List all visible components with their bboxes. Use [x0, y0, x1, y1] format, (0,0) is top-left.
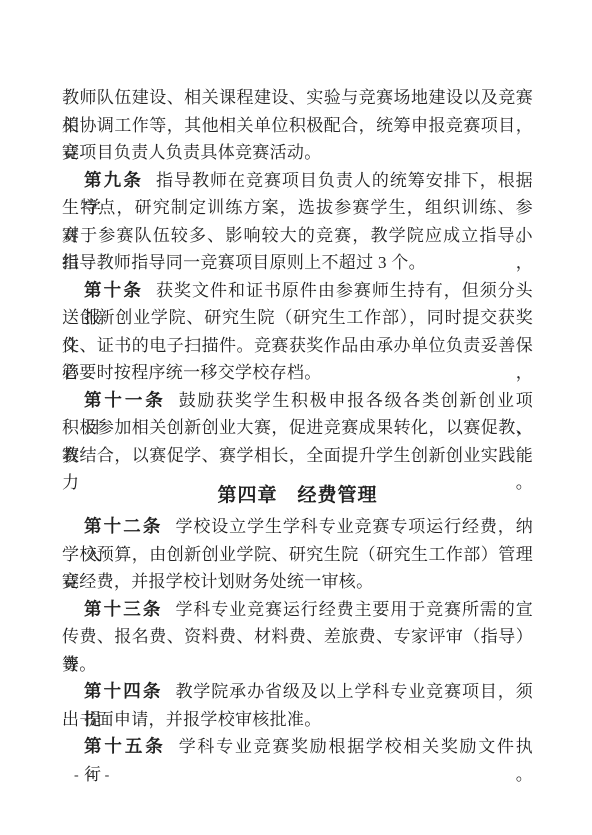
text-line: 第十四条教学院承办省级及以上学科专业竞赛项目，须提 — [62, 678, 533, 706]
text-line: 第十一条鼓励获奖学生积极申报各级各类创新创业项目， — [62, 387, 533, 415]
text-line: 传费、报名费、资料费、材料费、差旅费、专家评审（指导）费 — [62, 623, 533, 651]
text-line: 赛项目负责人负责具体竞赛活动。 — [62, 139, 533, 167]
document-page: 教师队伍建设、相关课程建设、实验与竞赛场地建设以及竞赛相关协调工作等，其他相关单… — [0, 0, 592, 835]
text-line: 积极参加相关创新创业大赛，促进竞赛成果转化，以赛促教、赛 — [62, 414, 533, 442]
line-text: 赛经费，并报学校计划财务处统一审核。 — [62, 572, 373, 591]
article-number: 第十四条 — [84, 681, 162, 701]
article-number: 第十条 — [84, 280, 143, 300]
line-text: 学科专业竞赛运行经费主要用于竞赛所需的宣 — [175, 600, 533, 619]
text-line: 第十二条学校设立学生学科专业竞赛专项运行经费，纳入 — [62, 513, 533, 541]
text-line: 教师队伍建设、相关课程建设、实验与竞赛场地建设以及竞赛相 — [62, 84, 533, 112]
document-content: 教师队伍建设、相关课程建设、实验与竞赛场地建设以及竞赛相关协调工作等，其他相关单… — [62, 84, 533, 761]
line-text: 等。 — [62, 655, 97, 674]
article-number: 第十一条 — [84, 390, 166, 410]
text-line: 等。 — [62, 651, 533, 679]
article-number: 第十二条 — [84, 516, 162, 536]
text-line: 学校预算，由创新创业学院、研究生院（研究生工作部）管理竞 — [62, 541, 533, 569]
text-line: 赛经费，并报学校计划财务处统一审核。 — [62, 568, 533, 596]
text-line: 第九条指导教师在竞赛项目负责人的统筹安排下，根据学 — [62, 167, 533, 195]
line-text: 必要时按程序统一移交学校存档。 — [62, 363, 322, 382]
article-number: 第九条 — [84, 170, 143, 190]
page-number: - 4 - — [74, 768, 112, 784]
text-line: 教结合，以赛促学、赛学相长，全面提升学生创新创业实践能力。 — [62, 442, 533, 470]
text-line: 第十三条学科专业竞赛运行经费主要用于竞赛所需的宣 — [62, 596, 533, 624]
line-text: 指导教师指导同一竞赛项目原则上不超过 3 个。 — [62, 253, 426, 272]
text-line: 对于参赛队伍较多、影响较大的竞赛，教学院应成立指导小组， — [62, 222, 533, 250]
text-line: 送创新创业学院、研究生院（研究生工作部），同时提交获奖文 — [62, 304, 533, 332]
line-text: 出书面申请，并报学校审核批准。 — [62, 710, 322, 729]
text-line: 关协调工作等，其他相关单位积极配合，统筹申报竞赛项目，竞 — [62, 112, 533, 140]
article-number: 第十三条 — [84, 599, 162, 619]
line-text: 赛项目负责人负责具体竞赛活动。 — [62, 143, 322, 162]
text-line: 第十条获奖文件和证书原件由参赛师生持有，但须分头报 — [62, 277, 533, 305]
text-line: 件、证书的电子扫描件。竞赛获奖作品由承办单位负责妥善保管， — [62, 332, 533, 360]
article-number: 第十五条 — [84, 736, 166, 756]
text-line: 出书面申请，并报学校审核批准。 — [62, 706, 533, 734]
text-line: 第十五条学科专业竞赛奖励根据学校相关奖励文件执行。 — [62, 733, 533, 761]
text-line: 生特点，研究制定训练方案，选拔参赛学生，组织训练、参赛。 — [62, 194, 533, 222]
